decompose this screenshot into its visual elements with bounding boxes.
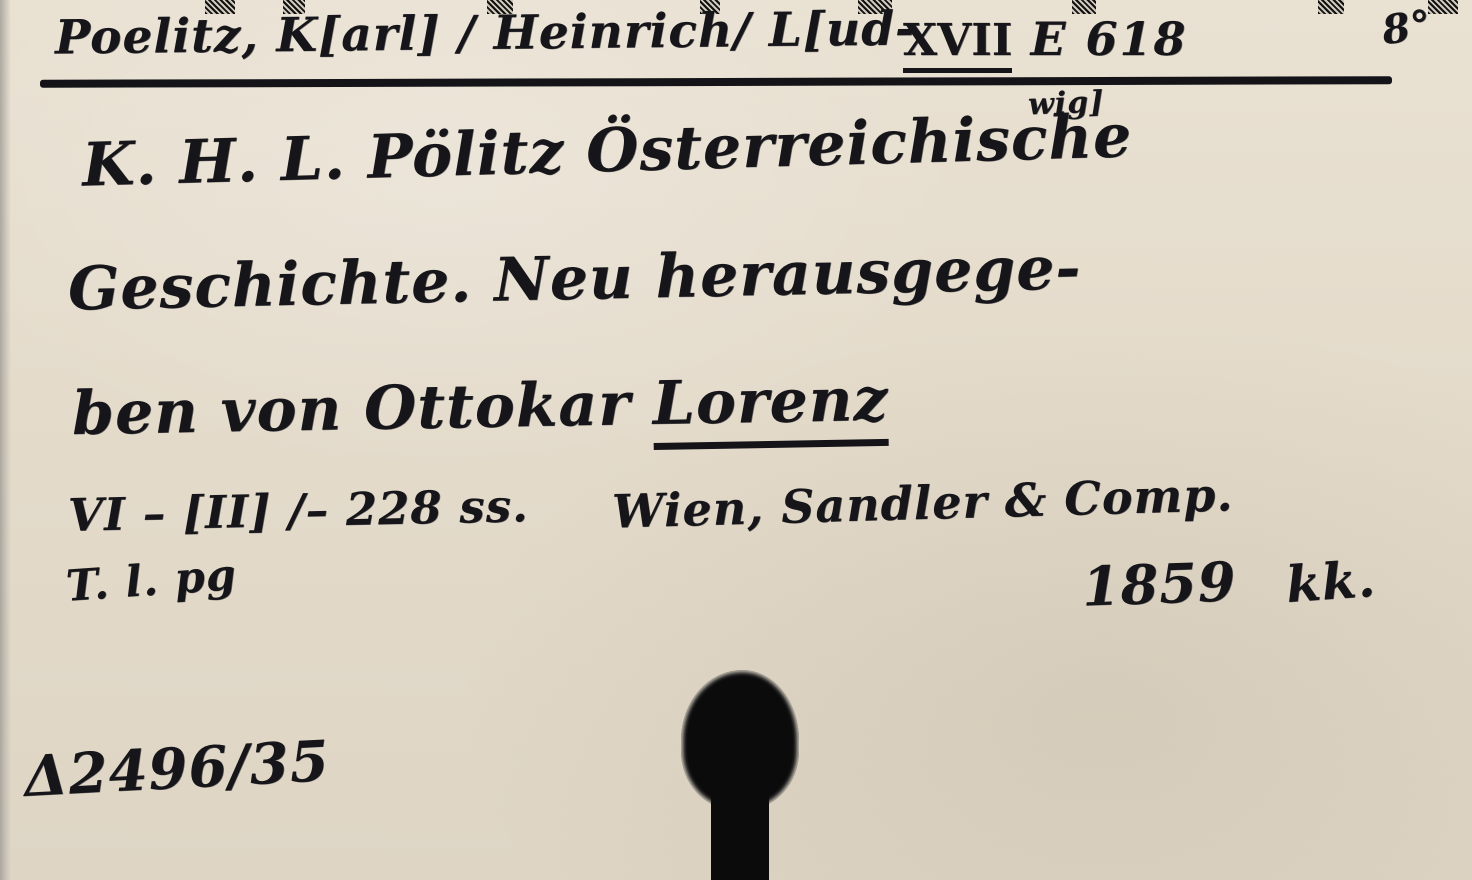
title-line-3: ben von Ottokar Lorenz xyxy=(71,365,888,449)
format-size-mark: 8° xyxy=(1379,1,1435,54)
shelfmark-roman-numeral: XVII xyxy=(903,15,1012,73)
shelfmark: XVII E 618 xyxy=(903,12,1188,66)
catalog-card: Poelitz, K[arl] / Heinrich/ L[ud- XVII E… xyxy=(0,0,1472,880)
scan-tick-artifact xyxy=(1428,0,1458,14)
title-line-1: K. H. L. Pölitz Österreichische xyxy=(81,101,1133,200)
imprint-place-publisher: Wien, Sandler & Comp. xyxy=(611,467,1234,538)
hole-punch-slit xyxy=(711,780,769,880)
shelfmark-number: E 618 xyxy=(1030,12,1187,66)
accession-number: Δ2496/35 xyxy=(22,728,331,810)
heading-underline-rule xyxy=(40,76,1392,88)
collation-pages: VI – [II] /– 228 ss. xyxy=(67,479,529,542)
editor-statement: ben von Ottokar xyxy=(71,369,653,449)
publication-year: 1859 xyxy=(1081,549,1237,618)
scan-edge-artifact xyxy=(0,0,11,880)
editor-surname-underlined: Lorenz xyxy=(652,365,889,450)
cataloger-note: T. l. pg xyxy=(64,550,238,612)
annotation-kk: kk. xyxy=(1284,549,1378,614)
heading-author-name: Poelitz, K[arl] / Heinrich/ L[ud- xyxy=(55,1,916,65)
scan-tick-artifact xyxy=(1318,0,1344,14)
title-line-2: Geschichte. Neu herausgege- xyxy=(67,233,1082,324)
